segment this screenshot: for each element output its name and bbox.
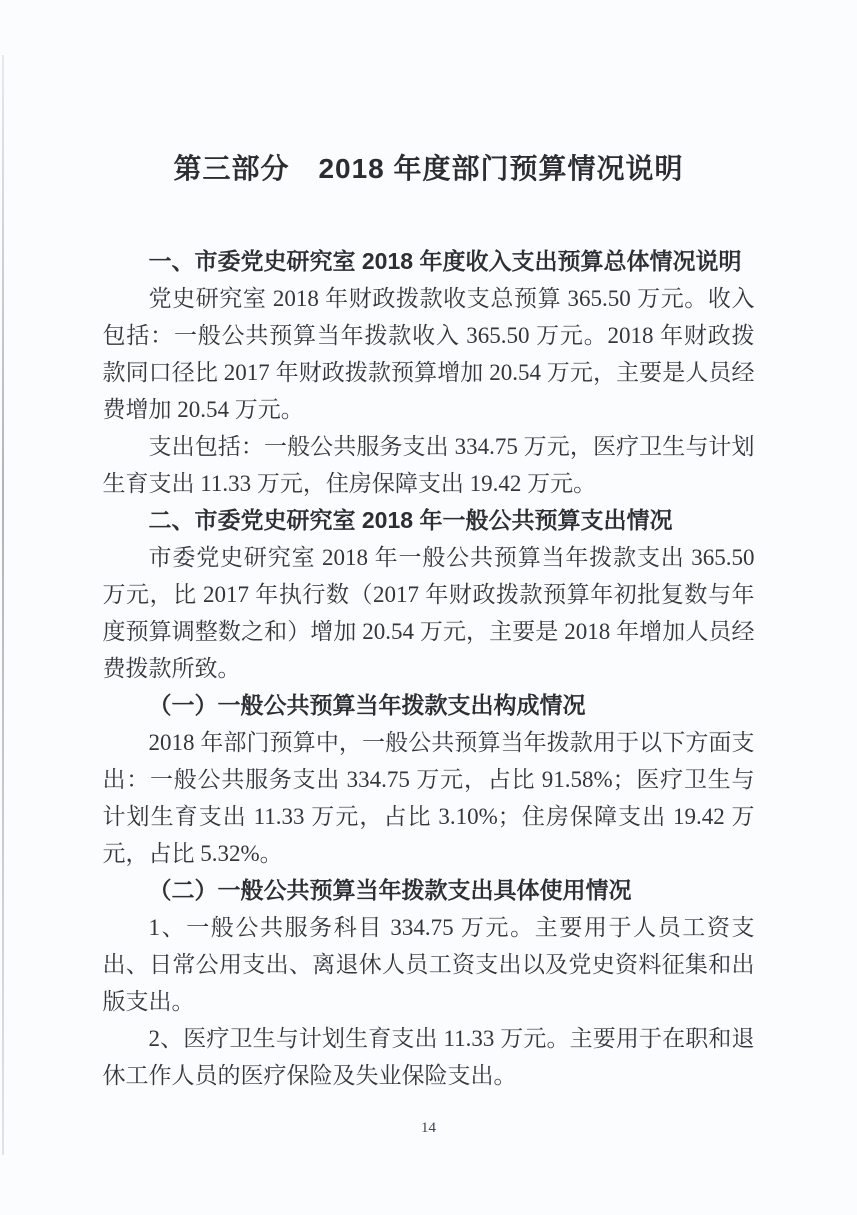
paragraph-medical-health: 2、医疗卫生与计划生育支出 11.33 万元。主要用于在职和退休工作人员的医疗保… — [103, 1020, 755, 1094]
subsection-heading-expense-composition: （一）一般公共预算当年拨款支出构成情况 — [103, 687, 755, 724]
document-body: 一、市委党史研究室 2018 年度收入支出预算总体情况说明 党史研究室 2018… — [103, 243, 755, 1094]
document-page: 第三部分 2018 年度部门预算情况说明 一、市委党史研究室 2018 年度收入… — [0, 0, 857, 1215]
section-heading-income-expense-overview: 一、市委党史研究室 2018 年度收入支出预算总体情况说明 — [103, 243, 755, 280]
scan-edge-artifact — [2, 55, 4, 1155]
subsection-heading-specific-usage: （二）一般公共预算当年拨款支出具体使用情况 — [103, 872, 755, 909]
paragraph-expense-composition: 2018 年部门预算中，一般公共预算当年拨款用于以下方面支出：一般公共服务支出 … — [103, 724, 755, 872]
paragraph-total-budget: 党史研究室 2018 年财政拨款收支总预算 365.50 万元。收入包括：一般公… — [103, 280, 755, 428]
section-heading-public-budget-expense: 二、市委党史研究室 2018 年一般公共预算支出情况 — [103, 502, 755, 539]
paragraph-budget-comparison: 市委党史研究室 2018 年一般公共预算当年拨款支出 365.50 万元，比 2… — [103, 539, 755, 687]
paragraph-expense-summary: 支出包括：一般公共服务支出 334.75 万元，医疗卫生与计划生育支出 11.3… — [103, 428, 755, 502]
document-title: 第三部分 2018 年度部门预算情况说明 — [0, 150, 857, 188]
page-number: 14 — [0, 1120, 857, 1137]
paragraph-general-public-service: 1、一般公共服务科目 334.75 万元。主要用于人员工资支出、日常公用支出、离… — [103, 909, 755, 1020]
